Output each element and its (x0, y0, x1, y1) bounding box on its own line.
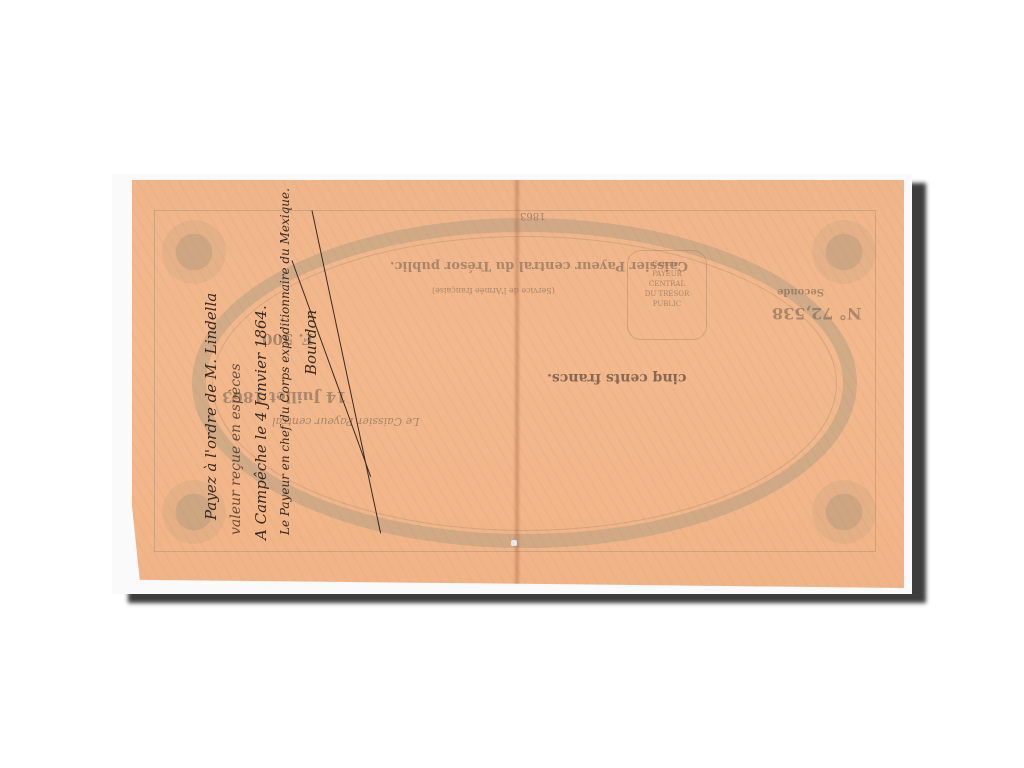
year-box: 1863 (520, 210, 545, 221)
corner-ornament-icon (812, 480, 876, 544)
corner-ornament-icon (162, 220, 226, 284)
copy-label: Seconde (777, 286, 824, 297)
paper-tear (511, 540, 517, 546)
endorsement-line-4: Le Payeur en chef du Corps expéditionnai… (278, 188, 292, 535)
endorsement-line-3: A Campêche le 4 Janvier 1864. (252, 305, 270, 540)
treasury-bill-reverse: Caissier Payeur central du Trésor public… (132, 180, 904, 588)
serial-number: N° 72,538 (772, 304, 861, 323)
treasury-seal-icon: Caissier PAYEUR CENTRAL DU TRÉSOR PUBLIC (627, 250, 707, 340)
inner-ellipse (212, 236, 837, 531)
corner-ornament-icon (812, 220, 876, 284)
endorsement-line-1: Payez à l'ordre de M. Lindella (202, 293, 220, 520)
issuer-text: Le Caissier Payeur central (272, 415, 419, 428)
endorsement-line-2: valeur reçue en espèces (228, 363, 244, 535)
amount-words: cinq cents francs. (547, 370, 686, 386)
fold-crease (513, 180, 521, 588)
subheader-text: (Service de l'Armée française) (432, 286, 555, 295)
paymaster-signature: Bourdon (302, 310, 320, 375)
